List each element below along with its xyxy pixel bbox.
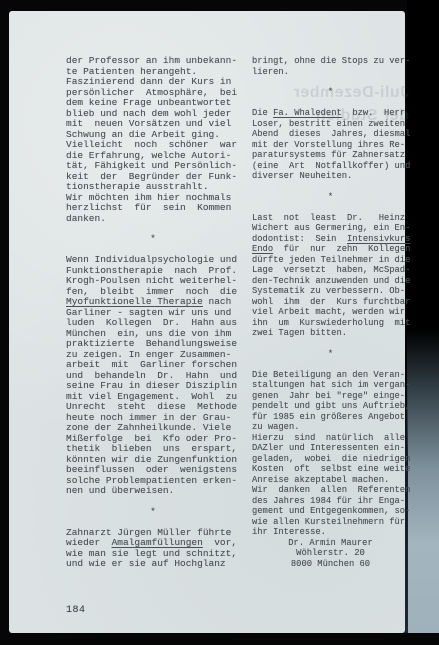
paragraph-beteiligung-dank: Die Beteiligung an den Veran-staltungen … <box>252 370 409 538</box>
text-line: mit der Vorstellung ihres Re- <box>252 140 409 151</box>
text-line: praktizierte Behandlungsweise <box>66 339 240 350</box>
text-line: nen und überweisen. <box>66 486 240 497</box>
paragraph-whaledent: Die Fa. Whaledent bzw. HerrLoser, bestri… <box>252 108 409 182</box>
scanner-black-frame: Juli-Dezember der Studien der Professor … <box>0 0 439 645</box>
text-line: Die Fa. Whaledent bzw. Herr <box>252 108 409 119</box>
text-line: lieren. <box>252 67 409 78</box>
text-line: tionstherapie ausstrahlt. <box>66 182 240 193</box>
text-line: Dr. Armin Maurer <box>252 538 409 549</box>
text-line: dürfte jeden Teilnehmer in die <box>252 255 409 266</box>
text-line: thetik blieben uns erspart, <box>66 444 240 455</box>
text-line: Faszinierend dann der Kurs in <box>66 77 240 88</box>
right-column: bringt, ohne die Stops zu ver-lieren.*Di… <box>252 56 409 569</box>
text-line: Endo für nur zehn Kollegen <box>252 244 409 255</box>
signature-block: Dr. Armin MaurerWöhlerstr. 208000 Münche… <box>252 538 409 570</box>
text-line: den-Technik anzuwenden und die <box>252 276 409 287</box>
text-line: Wir danken allen Referenten <box>252 485 409 496</box>
text-line: Wichert aus Germering, ein En- <box>252 223 409 234</box>
text-line: dem keine Frage unbeantwortet <box>66 98 240 109</box>
text-line: pendelt und gibt uns Auftrieb, <box>252 401 409 412</box>
text-line: gement und Entgegenkommen, so- <box>252 506 409 517</box>
text-line: Unrecht steht diese Methode <box>66 402 240 413</box>
text-line: 8000 München 60 <box>252 559 409 570</box>
text-line: für 1985 ein größeres Angebot <box>252 412 409 423</box>
page-number: 184 <box>66 605 86 616</box>
text-line: DAZler und Interessenten ein- <box>252 443 409 454</box>
text-line: arbeit mit Garliner forschen <box>66 360 240 371</box>
text-line: luden Kollegen Dr. Hahn aus <box>66 318 240 329</box>
text-line: danken. <box>66 214 240 225</box>
left-column: der Professor an ihm unbekann-te Patient… <box>66 56 240 570</box>
paragraph-myofunktionelle-therapie: Wenn Individualpsychologie undFunktionst… <box>66 255 240 497</box>
document-page: Juli-Dezember der Studien der Professor … <box>9 11 405 633</box>
text-line: wieder Amalgamfüllungen vor, <box>66 538 240 549</box>
paragraph-bringt-fortsetzung: bringt, ohne die Stops zu ver-lieren. <box>252 56 409 77</box>
adjacent-page-edge <box>407 0 439 633</box>
text-line: wohl ihm der Kurs furchtbar <box>252 297 409 308</box>
text-line: Abend dieses Jahres, diesmal <box>252 129 409 140</box>
text-line: (eine Art Notfallkoffer) und <box>252 161 409 172</box>
text-line: genen Jahr bei "rege" einge- <box>252 391 409 402</box>
text-line: dodontist: Sein Intensivkurs <box>252 234 409 245</box>
text-line: bringt, ohne die Stops zu ver- <box>252 56 409 67</box>
text-line: viel Arbeit macht, werden wir <box>252 307 409 318</box>
text-line: zwei Tagen bitten. <box>252 328 409 339</box>
text-line: beeinflussen oder wenigstens <box>66 465 240 476</box>
text-line: Die Beteiligung an den Veran- <box>252 370 409 381</box>
text-line: Vielleicht noch schöner war <box>66 140 240 151</box>
text-line: Kosten oft selbst eine weite <box>252 464 409 475</box>
text-columns: der Professor an ihm unbekann-te Patient… <box>66 56 409 570</box>
text-line: Lage versetzt haben, McSpad- <box>252 265 409 276</box>
text-line: des Jahres 1984 für ihr Enga- <box>252 496 409 507</box>
text-line: mit neuen Vorsätzen und viel <box>66 119 240 130</box>
text-line: Wöhlerstr. 20 <box>252 548 409 559</box>
section-separator: * <box>252 77 409 108</box>
text-line: Systematik zu verbessern. Ob- <box>252 286 409 297</box>
text-line: geladen, wobei die niedrigen <box>252 454 409 465</box>
text-line: paratursystems für Zahnersatz <box>252 150 409 161</box>
text-line: herzlichst für sein Kommen <box>66 203 240 214</box>
text-line: zu wagen. <box>252 422 409 433</box>
paragraph-amalgamfuellungen: Zahnarzt Jürgen Müller führtewieder Amal… <box>66 528 240 570</box>
text-line: der Professor an ihm unbekann- <box>66 56 240 67</box>
paragraph-professor-kurs: der Professor an ihm unbekann-te Patient… <box>66 56 240 224</box>
text-line: Krogh-Poulsen nicht weiterhel- <box>66 276 240 287</box>
text-line: Loser, bestritt einen zweiten <box>252 119 409 130</box>
text-line: wie allen Kursteilnehmern für <box>252 517 409 528</box>
text-line: Anreise akzeptabel machen. <box>252 475 409 486</box>
text-line: zone der Zahnheilkunde. Viele <box>66 423 240 434</box>
section-separator: * <box>252 182 409 213</box>
text-line: Last not least Dr. Heinz <box>252 213 409 224</box>
text-line: Hierzu sind natürlich alle <box>252 433 409 444</box>
text-line: tät, Fähigkeit und Persönlich- <box>66 161 240 172</box>
text-line: seine Frau in dieser Disziplin <box>66 381 240 392</box>
section-separator: * <box>66 224 240 255</box>
text-line: Myofunktionelle Therapie nach <box>66 297 240 308</box>
text-line: ihr Interesse. <box>252 527 409 538</box>
text-line: diverser Neuheiten. <box>252 171 409 182</box>
text-line: und wie er sie auf Hochglanz <box>66 559 240 570</box>
text-line: Wenn Individualpsychologie und <box>66 255 240 266</box>
section-separator: * <box>66 497 240 528</box>
text-line: ihn um Kurswiederholung mit <box>252 318 409 329</box>
paragraph-intensivkurs-endo: Last not least Dr. HeinzWichert aus Germ… <box>252 213 409 339</box>
text-line: staltungen hat sich im vergan- <box>252 380 409 391</box>
section-separator: * <box>252 339 409 370</box>
